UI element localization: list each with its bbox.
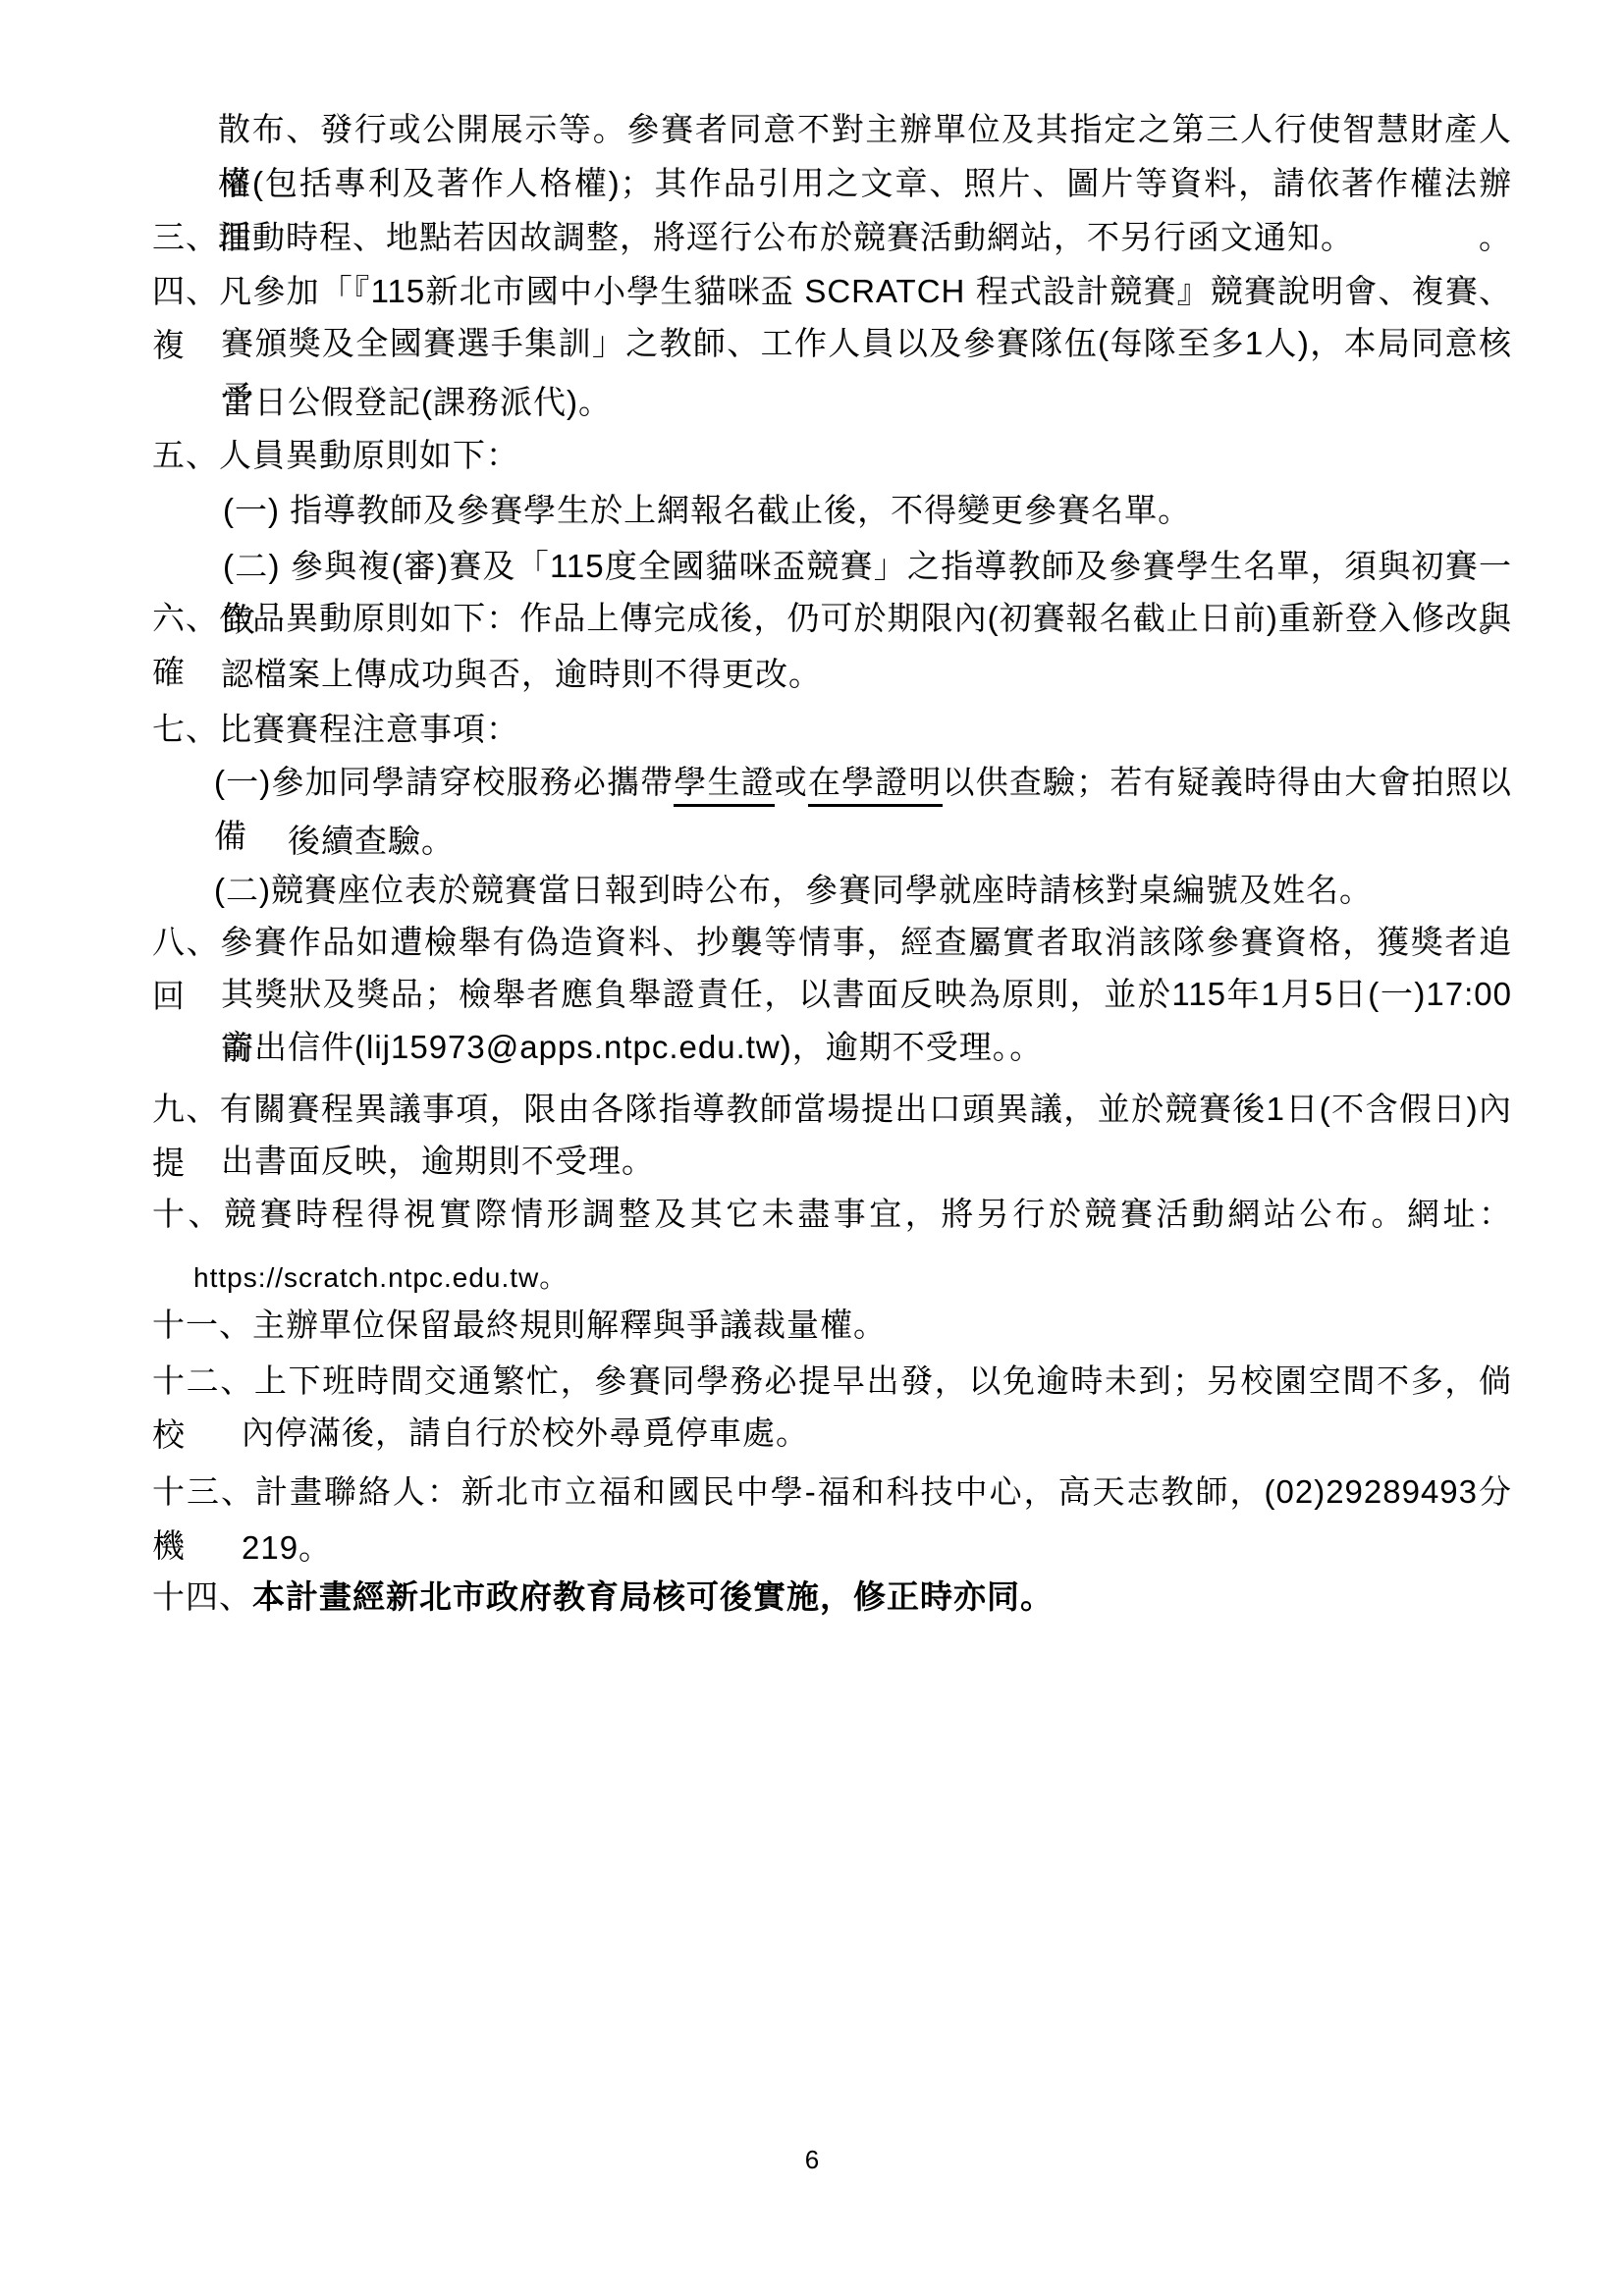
item5: 五、人員異動原則如下： (152, 428, 519, 482)
item6-line2: 認檔案上傳成功與否，逾時則不得更改。 (221, 647, 822, 701)
item14: 十四、本計畫經新北市政府教育局核可後實施，修正時亦同。 (152, 1570, 1054, 1624)
item13-line2: 219。 (242, 1521, 332, 1575)
underlined-student-id: 學生證 (674, 764, 774, 807)
item7-sub1-line2: 後續查驗。 (288, 814, 455, 868)
item8-line3: 寄出信件(lij15973@apps.ntpc.edu.tw)，逾期不受理。。 (221, 1020, 1043, 1074)
item13-line1: 十三、計畫聯絡人：新北市立福和國民中學-福和科技中心，高天志教師，(02)292… (152, 1465, 1512, 1573)
item7-sub1-pre: (一)參加同學請穿校服務必攜帶 (214, 764, 674, 800)
item14-number: 十四、 (152, 1578, 252, 1615)
item5-sub1: (一) 指導教師及參賽學生於上網報名截止後，不得變更參賽名單。 (223, 483, 1191, 537)
item9-line2: 出書面反映，逾期則不受理。 (221, 1134, 655, 1188)
item3: 三、活動時程、地點若因故調整，將逕行公布於競賽活動網站，不另行函文通知。 (152, 210, 1354, 264)
page-number: 6 (0, 2140, 1624, 2179)
item7: 七、比賽賽程注意事項： (152, 702, 519, 756)
item10-line1: 十、競賽時程得視實際情形調整及其它未盡事宜，將另行於競賽活動網站公布。網址： (152, 1187, 1512, 1241)
item10-url: https://scratch.ntpc.edu.tw。 (193, 1251, 568, 1305)
item4-line3: 當日公假登記(課務派代)。 (221, 375, 612, 429)
item12-line2: 內停滿後，請自行於校外尋覓停車處。 (242, 1406, 809, 1460)
item11: 十一、主辦單位保留最終規則解釋與爭議裁量權。 (152, 1298, 887, 1352)
item7-sub2: (二)競賽座位表於競賽當日報到時公布，參賽同學就座時請核對桌編號及姓名。 (214, 863, 1373, 917)
item14-text: 本計畫經新北市政府教育局核可後實施，修正時亦同。 (252, 1578, 1054, 1615)
underlined-enrollment-proof: 在學證明 (808, 764, 943, 807)
item7-sub1-mid: 或 (775, 764, 808, 800)
